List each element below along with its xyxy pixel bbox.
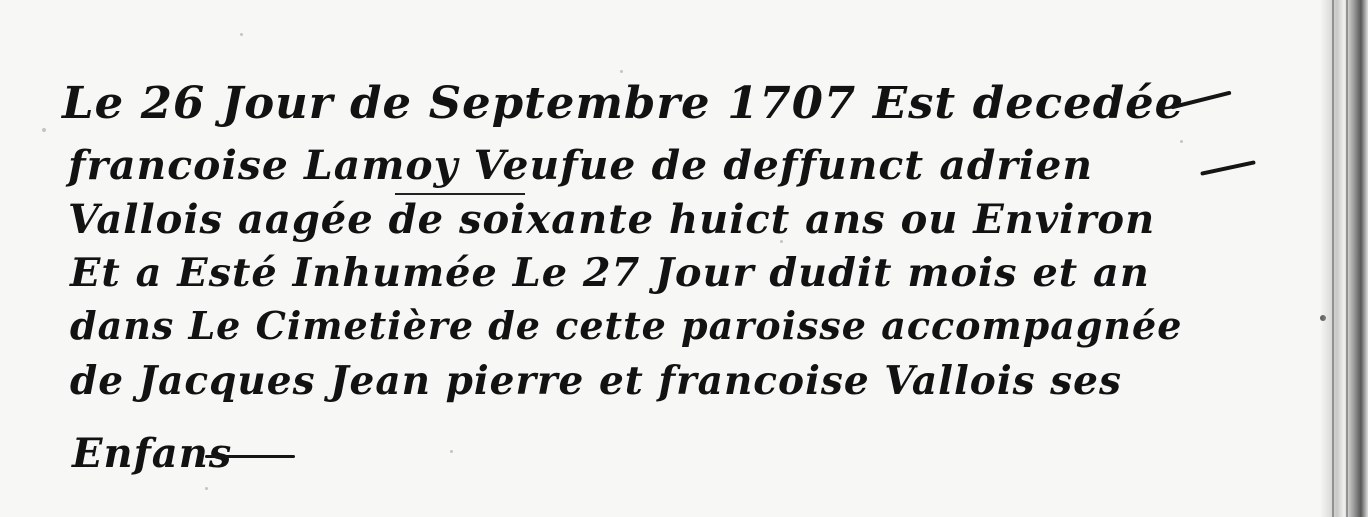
paper-speck bbox=[42, 128, 46, 132]
paper-speck bbox=[450, 450, 453, 453]
scanned-page: Le 26 Jour de Septembre 1707 Est decedée… bbox=[0, 0, 1368, 517]
record-line-1: Le 26 Jour de Septembre 1707 Est decedée bbox=[62, 78, 1184, 129]
paper-speck bbox=[620, 70, 623, 73]
page-binding-line bbox=[1346, 0, 1348, 517]
line-end-flourish bbox=[205, 455, 295, 458]
paper-speck bbox=[205, 487, 208, 490]
paper-speck bbox=[240, 33, 243, 36]
name-underline bbox=[395, 193, 525, 195]
page-binding-line bbox=[1332, 0, 1334, 517]
record-line-3: Vallois aagée de soixante huict ans ou E… bbox=[68, 196, 1155, 243]
record-line-5: dans Le Cimetière de cette paroisse acco… bbox=[70, 303, 1182, 348]
paper-speck bbox=[1180, 140, 1183, 143]
line-end-flourish bbox=[1200, 160, 1256, 176]
record-line-6: de Jacques Jean pierre et francoise Vall… bbox=[70, 358, 1122, 404]
record-line-2: francoise Lamoy Veufue de deffunct adrie… bbox=[68, 142, 1093, 189]
page-binding-edge bbox=[1320, 0, 1368, 517]
record-line-7: Enfans bbox=[72, 430, 232, 477]
record-line-4: Et a Esté Inhumée Le 27 Jour dudit mois … bbox=[70, 250, 1150, 296]
